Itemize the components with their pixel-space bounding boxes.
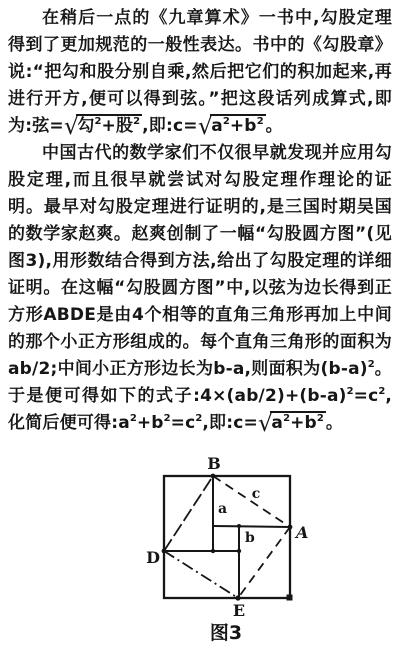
- inner-square-side-DE: [164, 551, 238, 598]
- superscript: 2: [130, 413, 137, 424]
- vertex-label-D: D: [146, 548, 160, 567]
- superscript: 2: [317, 413, 324, 424]
- superscript: 2: [378, 386, 385, 397]
- superscript: 2: [195, 413, 202, 424]
- junction-dot-small-square-top: [237, 524, 241, 528]
- square-root-expression: √勾2+股2: [64, 116, 142, 136]
- square-root-expression: √a2+b2: [198, 116, 266, 136]
- leg-line-horizontal-to-A: [213, 526, 290, 527]
- paragraph-jiuzhang: 在稍后一点的《九章算术》一书中,勾股定理得到了更加规范的一般性表达。书中的《勾股…: [8, 5, 392, 140]
- vertex-dot-E: [235, 595, 240, 600]
- superscript: 2: [95, 116, 102, 127]
- superscript: 2: [283, 413, 290, 424]
- vertex-dot-B: [211, 474, 216, 479]
- superscript: 2: [164, 413, 171, 424]
- figure-caption: 图3: [210, 622, 242, 644]
- superscript: 2: [223, 116, 230, 127]
- paragraph-zhaoshuang: 中国古代的数学家们不仅很早就发现并应用勾股定理,而且很早就尝试对勾股定理作理论的…: [8, 140, 392, 437]
- junction-dot-inner-left: [211, 549, 215, 553]
- superscript: 2: [257, 116, 264, 127]
- inner-square-side-DB: [164, 476, 213, 551]
- square-root-expression: √a2+b2: [258, 413, 326, 433]
- superscript: 2: [347, 386, 354, 397]
- vertex-label-B: B: [207, 454, 221, 473]
- superscript: 2: [133, 116, 140, 127]
- radicand: 勾2+股2: [76, 114, 142, 136]
- side-label-c: c: [252, 486, 261, 502]
- gougu-diagram-svg: B A D E c a b 图3: [8, 445, 400, 650]
- radicand: a2+b2: [270, 411, 325, 433]
- figure-gougu-diagram: B A D E c a b 图3: [8, 445, 392, 650]
- corner-mark-bottom-right: [287, 595, 293, 601]
- vertex-dot-A: [288, 525, 293, 530]
- side-label-b: b: [245, 530, 255, 546]
- outer-square: [164, 476, 290, 598]
- vertex-dot-D: [162, 549, 167, 554]
- side-label-a: a: [218, 501, 227, 517]
- vertex-label-A: A: [294, 523, 308, 542]
- radicand: a2+b2: [210, 114, 265, 136]
- superscript: 2: [368, 359, 375, 370]
- vertex-label-E: E: [233, 601, 245, 620]
- junction-dot-inner-right: [237, 549, 241, 553]
- page-body: 在稍后一点的《九章算术》一书中,勾股定理得到了更加规范的一般性表达。书中的《勾股…: [8, 5, 392, 650]
